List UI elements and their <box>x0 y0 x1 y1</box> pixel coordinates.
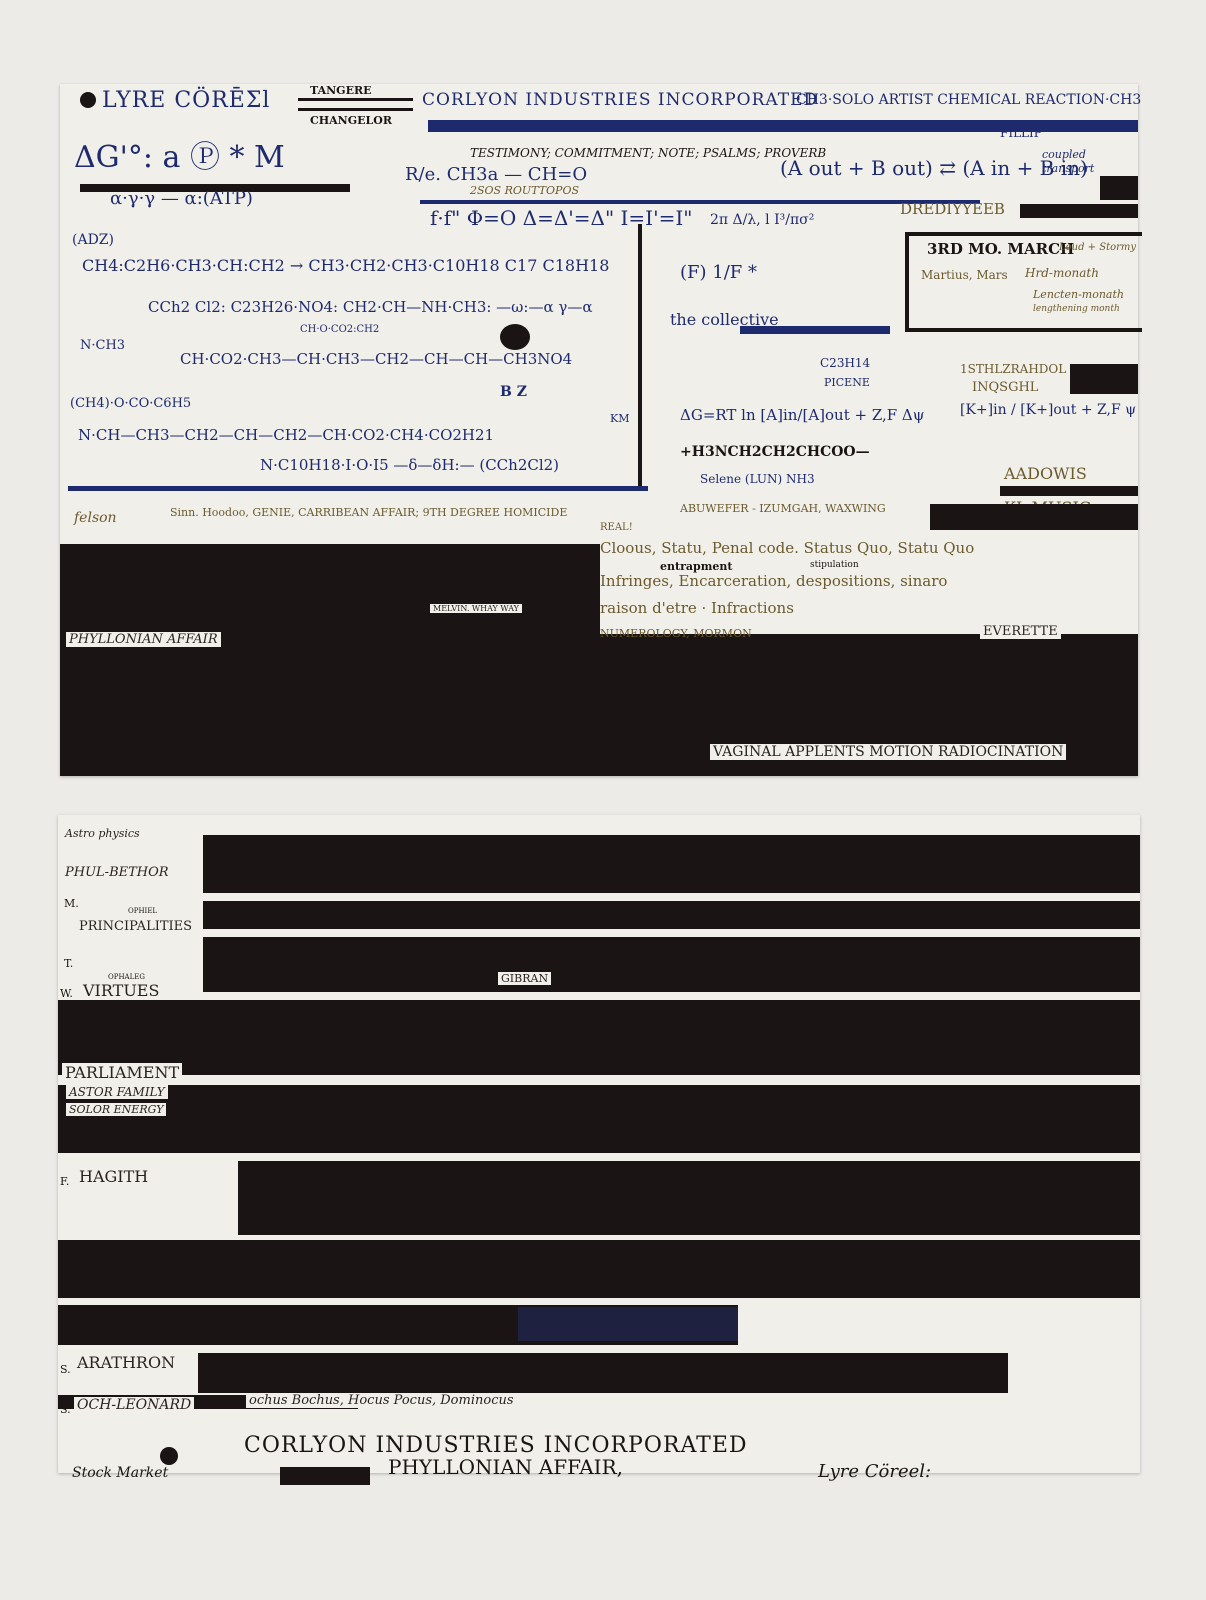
company-name: CORLYON INDUSTRIES INCORPORATED <box>422 90 818 110</box>
ink-bar <box>58 1000 1140 1075</box>
ink-bar <box>280 1467 370 1485</box>
row-parliament: PARLIAMENT <box>62 1063 182 1082</box>
blue-ink-bar <box>518 1307 738 1341</box>
arrow-label-bottom: CHANGELOR <box>310 114 392 127</box>
ink-mass-right <box>600 634 1138 704</box>
stipulation-text: stipulation <box>810 560 859 570</box>
ophiel-label: OPHIEL <box>128 907 157 915</box>
ink-block <box>1100 176 1138 200</box>
signature-line-1: Lyre Cöreel: <box>818 1461 931 1482</box>
fillip-text: FILLIP <box>1000 126 1042 140</box>
month-title: 3RD MO. MARCH <box>927 240 1074 258</box>
stock-market-text: Stock Market <box>72 1465 168 1481</box>
row-prefix-t: T. <box>64 957 73 970</box>
row-phul-bethor: PHUL-BETHOR <box>62 865 172 880</box>
chain-3: CH·O·CO2:CH2 <box>300 324 379 335</box>
alpha-formula: α·γ·γ — α:(ATP) <box>110 188 253 209</box>
month-note-3: Hrd-monath <box>1025 266 1099 280</box>
bottom-strip-label: VAGINAL APPLENTS MOTION RADIOCINATION <box>710 744 1066 760</box>
ink-bar <box>203 901 1140 929</box>
dredi-text: DREDIYYEEB <box>900 200 1005 218</box>
arrow-label-top: TANGERE <box>310 84 371 97</box>
row-principalities: PRINCIPALITIES <box>76 919 195 934</box>
row-och-leonard: OCH-LEONARD <box>74 1397 194 1413</box>
real-text: REAL! <box>600 522 633 533</box>
row-hagith: HAGITH <box>76 1167 151 1186</box>
top-sheet: LYRE CÖRĒΣl TANGERE CHANGELOR CORLYON IN… <box>60 84 1138 776</box>
chain-5: CH·CO2·CH3—CH·CH3—CH2—CH—CH—CH3NO4 <box>180 350 572 368</box>
band-strip-text: Sinn. Hoodoo, GENIE, CARRIBEAN AFFAIR; 9… <box>170 506 567 519</box>
chain-2: CCh2 Cl2: C23H26·NO4: CH2·CH—NH·CH3: —ω:… <box>148 298 592 316</box>
chain-4: N·CH3 <box>80 338 125 353</box>
title-lyre-coreel: LYRE CÖRĒΣl <box>102 88 270 113</box>
row-prefix-m: M. <box>64 897 79 910</box>
picene-label: PICENE <box>824 376 870 389</box>
ink-dot <box>80 92 96 108</box>
ink-bar <box>198 1353 1008 1393</box>
ink-dot <box>160 1447 178 1465</box>
month-box: 3RD MO. MARCH Loud + Stormy Martius, Mar… <box>905 232 1142 332</box>
row-solor-energy: SOLOR ENERGY <box>66 1103 166 1116</box>
chain-1: CH4:C2H6·CH3·CH:CH2 → CH3·CH2·CH3·C10H18… <box>82 256 609 275</box>
month-note-1: Loud + Stormy <box>1059 242 1136 253</box>
ink-mass-bottom <box>60 704 1138 776</box>
code-1: 1STHLZRAHDOL <box>960 362 1066 376</box>
c23h14-label: C23H14 <box>820 356 870 370</box>
row-prefix-f: F. <box>60 1175 69 1188</box>
reaction-text: CH3·SOLO ARTIST CHEMICAL REACTION·CH3 <box>796 92 1141 108</box>
blue-line <box>420 200 980 204</box>
bz-label: B Z <box>500 384 527 400</box>
divider-line <box>638 224 642 486</box>
ochus-text: ochus Bochus, Hocus Pocus, Dominocus <box>246 1393 517 1408</box>
ink-mass-left <box>60 544 600 704</box>
fraction-f: (F) 1/F * <box>680 262 757 283</box>
ink-bar <box>203 937 1140 992</box>
felson-text: felson <box>74 510 117 526</box>
code-2: INQSGHL <box>972 380 1038 395</box>
phyllonian-label: PHYLLONIAN AFFAIR <box>66 632 221 647</box>
chain-8: N·C10H18·I·O·I5 —δ—δH:— (CCh2Cl2) <box>260 456 559 474</box>
adz-label: (ADZ) <box>72 232 114 248</box>
gibran-label: GIBRAN <box>498 972 551 985</box>
row-prefix-s1: S. <box>60 1363 71 1376</box>
blue-bar <box>740 326 890 334</box>
everette-label: EVERETTE <box>980 624 1061 639</box>
arrow-left <box>298 108 413 111</box>
legal-line-3: raison d'etre · Infractions <box>600 599 794 617</box>
ink-bar <box>203 835 1140 893</box>
numerology-text: NUMEROLOGY, MORMON <box>600 627 752 640</box>
month-note-2: Martius, Mars <box>921 268 1008 282</box>
delta-g-formula: ΔG'°: a Ⓟ * M <box>74 132 285 176</box>
ink-block <box>1070 364 1138 394</box>
ink-bar <box>1000 486 1138 496</box>
h3n-formula: +H3NCH2CH2CHCOO— <box>680 444 870 460</box>
delta-g-rt: ΔG=RT ln [A]in/[A]out + Z,F Δψ <box>680 406 925 424</box>
ink-bar <box>58 1240 1140 1298</box>
selene-text: Selene (LUN) NH3 <box>700 472 815 486</box>
ink-dot <box>500 324 530 350</box>
chain-6: (CH4)·O·CO·C6H5 <box>70 396 191 411</box>
footer-affair: PHYLLONIAN AFFAIR, <box>388 1455 623 1479</box>
row-arathron: ARATHRON <box>74 1353 178 1372</box>
roots-text: 2SOS ROUTTOPOS <box>470 184 579 197</box>
legal-line-1: Cloous, Statu, Penal code. Status Quo, S… <box>600 539 974 557</box>
legal-line-2: Infringes, Encarceration, despositions, … <box>600 572 947 590</box>
blue-border-line <box>68 486 648 491</box>
ink-bar <box>58 1085 1140 1153</box>
ink-bar <box>930 504 1138 530</box>
row-astor-family: ASTOR FAMILY <box>66 1085 168 1099</box>
pi-formula: 2π Δ/λ, l I³/πσ² <box>710 212 814 228</box>
row-virtues: VIRTUES <box>80 981 162 1000</box>
aadowis-text: AADOWIS <box>1004 464 1087 483</box>
chain-7: N·CH—CH3—CH2—CH—CH2—CH·CO2·CH4·CO2H21 <box>78 426 494 444</box>
re-line: R/e. CH3a — CH=O <box>405 164 587 185</box>
row-prefix-w: W. <box>60 987 73 1000</box>
coupled-transport-text: coupled transport <box>1042 148 1122 176</box>
ink-bar <box>238 1161 1140 1235</box>
ink-block <box>1020 204 1138 218</box>
testimony-text: TESTIMONY; COMMITMENT; NOTE; PSALMS; PRO… <box>470 146 826 160</box>
row-prefix-s2: S. <box>60 1403 71 1416</box>
k-equation: [K+]in / [K+]out + Z,F ψ <box>960 402 1136 418</box>
km-label: KM <box>610 412 629 425</box>
month-note-5: lengthening month <box>1033 304 1120 314</box>
bottom-sheet: Astro physics PHUL-BETHOR M. OPHIEL PRIN… <box>58 815 1140 1473</box>
arrow-right <box>298 98 413 101</box>
phi-formula: f·f" Φ=O Δ=Δ'=Δ" I=I'=I" <box>430 206 692 230</box>
melvin-label: MELVIN. WHAY WAY <box>430 604 522 613</box>
row-astrophysics: Astro physics <box>62 827 143 840</box>
abuwefer-text: ABUWEFER - IZUMGAH, WAXWING <box>680 502 886 515</box>
month-note-4: Lencten-monath <box>1033 288 1124 301</box>
ophaleg-label: OPHALEG <box>108 973 145 981</box>
